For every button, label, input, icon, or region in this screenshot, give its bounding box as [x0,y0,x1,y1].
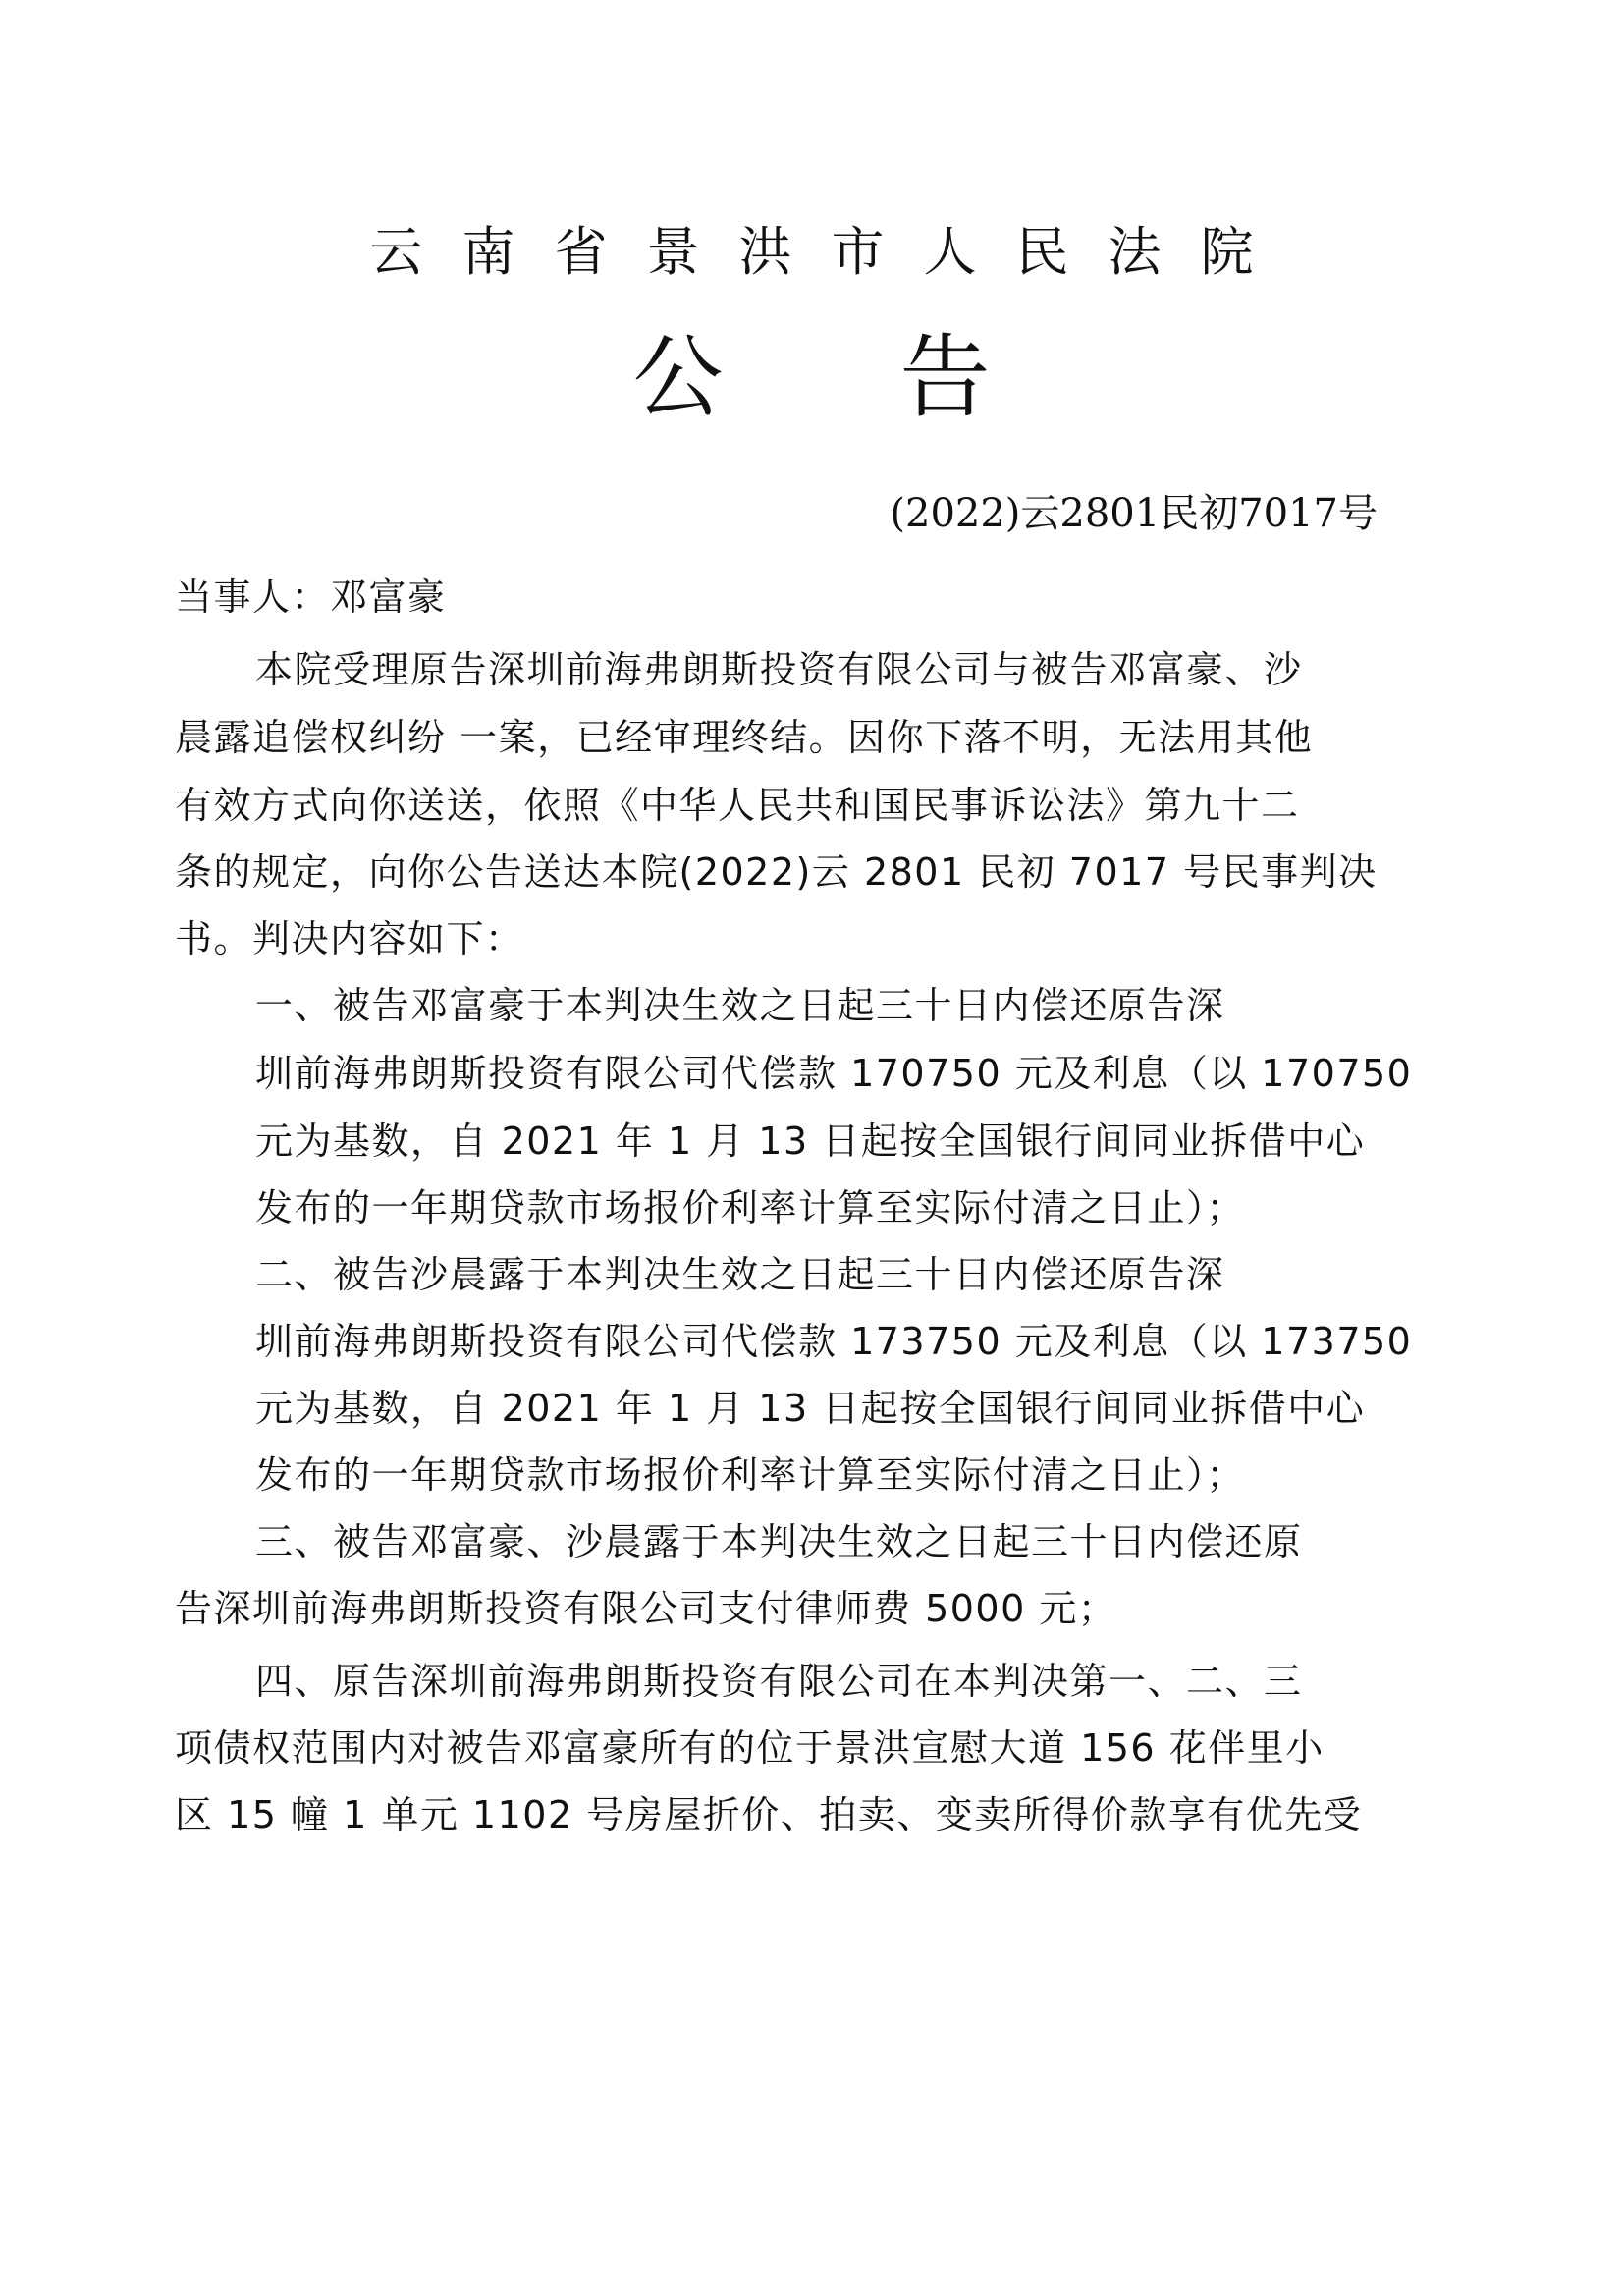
intro-line-5: 书。判决内容如下： [175,911,524,966]
judgment-item-2-line-2: 圳前海弗朗斯投资有限公司代偿款 173750 元及利息（以 173750 [255,1314,1412,1369]
party-label: 当事人： [175,575,330,619]
judgment-item-2-line-3: 元为基数，自 2021 年 1 月 13 日起按全国银行间同业拆借中心 [255,1381,1365,1436]
party-label-line: 当事人：邓富豪 [175,570,447,625]
intro-line-4: 条的规定，向你公告送达本院(2022)云 2801 民初 7017 号民事判决 [175,845,1378,900]
document-page: 云南省景洪市人民法院 公告 (2022)云2801民初7017号 当事人：邓富豪… [0,0,1623,2296]
court-name: 云南省景洪市人民法院 [0,218,1623,287]
intro-line-2: 晨露追偿权纠纷 一案，已经审理终结。因你下落不明，无法用其他 [175,710,1313,765]
document-title: 公告 [0,324,1623,432]
judgment-item-4-line-3: 区 15 幢 1 单元 1102 号房屋折价、拍卖、变卖所得价款享有优先受 [175,1787,1362,1842]
judgment-item-3-line-2: 告深圳前海弗朗斯投资有限公司支付律师费 5000 元； [175,1581,1116,1636]
judgment-item-3-line-1: 三、被告邓富豪、沙晨露于本判决生效之日起三十日内偿还原 [255,1514,1303,1569]
judgment-item-1-line-2: 圳前海弗朗斯投资有限公司代偿款 170750 元及利息（以 170750 [255,1046,1412,1101]
judgment-item-1-line-3: 元为基数，自 2021 年 1 月 13 日起按全国银行间同业拆借中心 [255,1114,1365,1169]
party-name: 邓富豪 [330,575,447,619]
judgment-item-2-line-4: 发布的一年期贷款市场报价利率计算至实际付清之日止）； [255,1448,1245,1503]
intro-line-3: 有效方式向你送送，依照《中华人民共和国民事诉讼法》第九十二 [175,778,1300,833]
judgment-item-4-line-1: 四、原告深圳前海弗朗斯投资有限公司在本判决第一、二、三 [255,1654,1303,1709]
judgment-item-1-line-1: 一、被告邓富豪于本判决生效之日起三十日内偿还原告深 [255,978,1225,1033]
intro-line-1: 本院受理原告深圳前海弗朗斯投资有限公司与被告邓富豪、沙 [255,642,1303,697]
judgment-item-4-line-2: 项债权范围内对被告邓富豪所有的位于景洪宣慰大道 156 花伴里小 [175,1721,1325,1776]
judgment-item-2-line-1: 二、被告沙晨露于本判决生效之日起三十日内偿还原告深 [255,1247,1225,1302]
case-number: (2022)云2801民初7017号 [890,486,1378,541]
judgment-item-1-line-4: 发布的一年期贷款市场报价利率计算至实际付清之日止）； [255,1180,1245,1235]
